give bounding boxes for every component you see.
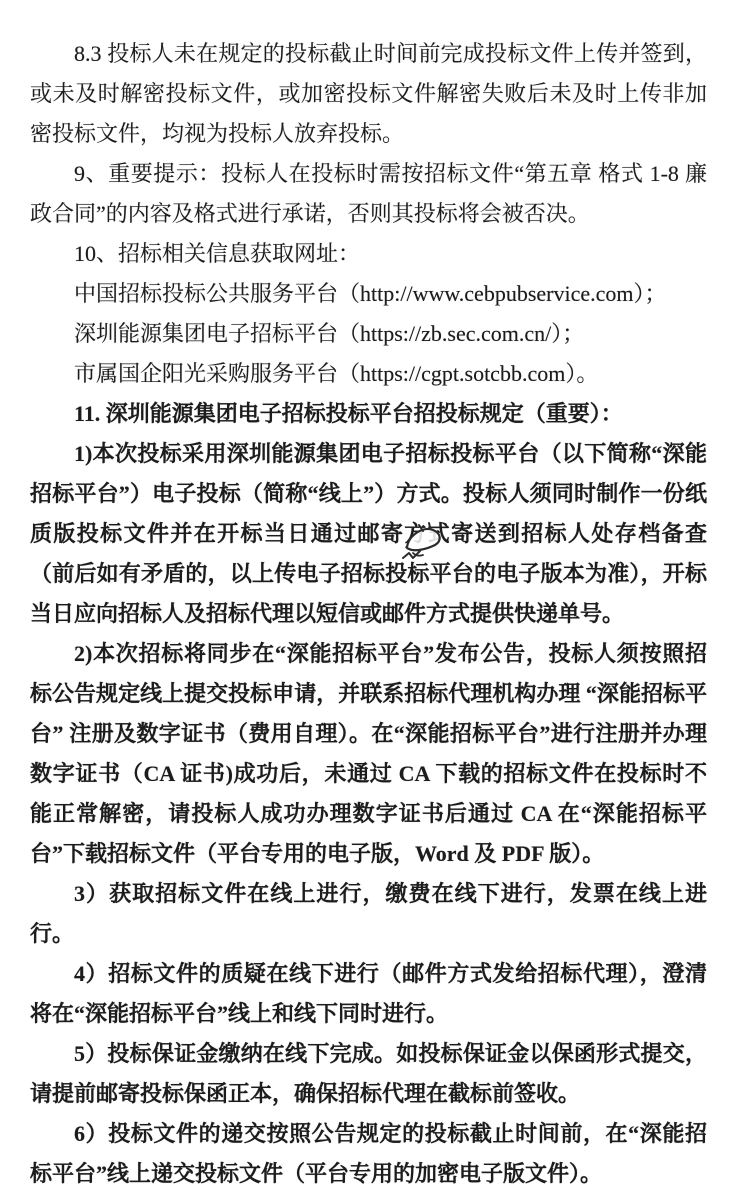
url-line-zb-sec: 深圳能源集团电子招标平台（https://zb.sec.com.cn/）； bbox=[30, 314, 707, 354]
rule-1: 1)本次投标采用深圳能源集团电子招标投标平台（以下简称“深能招标平台”）电子投标… bbox=[30, 434, 707, 634]
rule-2: 2)本次招标将同步在“深能招标平台”发布公告，投标人须按照招标公告规定线上提交投… bbox=[30, 634, 707, 874]
rule-6: 6）投标文件的递交按照公告规定的投标截止时间前，在“深能招标平台”线上递交投标文… bbox=[30, 1114, 707, 1194]
url-line-cebpubservice: 中国招标投标公共服务平台（http://www.cebpubservice.co… bbox=[30, 274, 707, 314]
rule-4: 4）招标文件的质疑在线下进行（邮件方式发给招标代理），澄清将在“深能招标平台”线… bbox=[30, 954, 707, 1034]
document-body: 8.3 投标人未在规定的投标截止时间前完成投标文件上传并签到，或未及时解密投标文… bbox=[30, 34, 707, 1194]
rule-5: 5）投标保证金缴纳在线下完成。如投标保证金以保函形式提交，请提前邮寄投标保函正本… bbox=[30, 1034, 707, 1114]
rule-3: 3）获取招标文件在线上进行，缴费在线下进行，发票在线上进行。 bbox=[30, 874, 707, 954]
clause-9: 9、重要提示：投标人在投标时需按招标文件“第五章 格式 1-8 廉政合同”的内容… bbox=[30, 154, 707, 234]
document-page: 8.3 投标人未在规定的投标截止时间前完成投标文件上传并签到，或未及时解密投标文… bbox=[0, 0, 737, 1200]
clause-11-heading: 11. 深圳能源集团电子招标投标平台招投标规定（重要）： bbox=[30, 394, 707, 434]
url-line-sotcbb: 市属国企阳光采购服务平台（https://cgpt.sotcbb.com）。 bbox=[30, 354, 707, 394]
clause-10: 10、招标相关信息获取网址： bbox=[30, 234, 707, 274]
clause-8-3: 8.3 投标人未在规定的投标截止时间前完成投标文件上传并签到，或未及时解密投标文… bbox=[30, 34, 707, 154]
